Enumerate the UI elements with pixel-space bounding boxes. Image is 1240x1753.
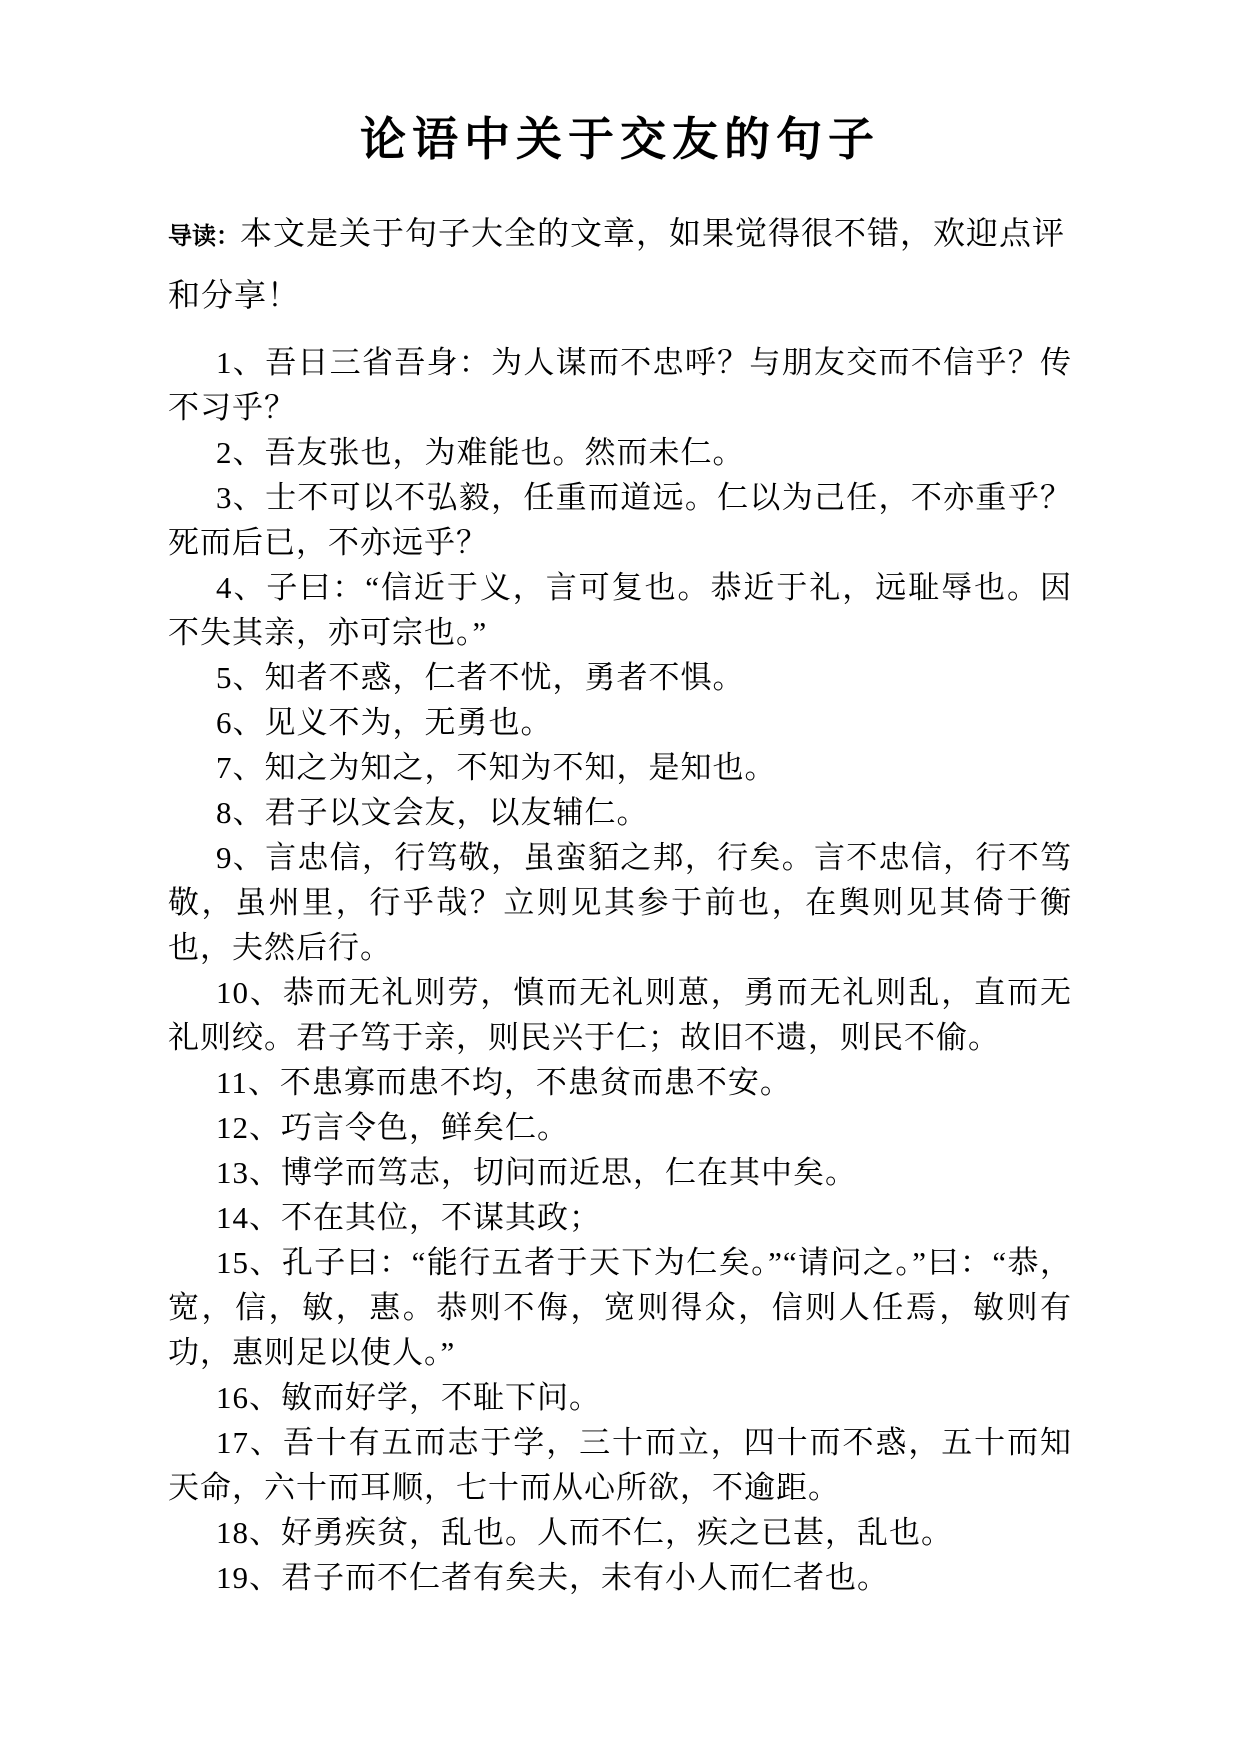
- list-item: 11、不患寡而患不均，不患贫而患不安。: [168, 1060, 1072, 1105]
- document-page: 论语中关于交友的句子 导读：本文是关于句子大全的文章，如果觉得很不错，欢迎点评和…: [0, 0, 1240, 1753]
- list-item: 6、见义不为，无勇也。: [168, 700, 1072, 745]
- list-item: 9、言忠信，行笃敬，虽蛮貊之邦，行矣。言不忠信，行不笃敬，虽州里，行乎哉？立则见…: [168, 835, 1072, 970]
- list-item: 4、子曰：“信近于义，言可复也。恭近于礼，远耻辱也。因不失其亲，亦可宗也。”: [168, 565, 1072, 655]
- list-item: 13、博学而笃志，切问而近思，仁在其中矣。: [168, 1150, 1072, 1195]
- list-item: 3、士不可以不弘毅，任重而道远。仁以为己任，不亦重乎？死而后已，不亦远乎？: [168, 475, 1072, 565]
- lead-paragraph: 导读：本文是关于句子大全的文章，如果觉得很不错，欢迎点评和分享！: [168, 204, 1072, 324]
- list-item: 1、吾日三省吾身：为人谋而不忠呼？与朋友交而不信乎？传不习乎？: [168, 340, 1072, 430]
- list-item: 18、好勇疾贫，乱也。人而不仁，疾之已甚，乱也。: [168, 1510, 1072, 1555]
- list-item: 17、吾十有五而志于学，三十而立，四十而不惑，五十而知天命，六十而耳顺，七十而从…: [168, 1420, 1072, 1510]
- list-item: 16、敏而好学，不耻下问。: [168, 1375, 1072, 1420]
- list-item: 7、知之为知之，不知为不知，是知也。: [168, 745, 1072, 790]
- list-item: 5、知者不惑，仁者不忧，勇者不惧。: [168, 655, 1072, 700]
- list-item: 14、不在其位，不谋其政；: [168, 1195, 1072, 1240]
- list-item: 19、君子而不仁者有矣夫，未有小人而仁者也。: [168, 1555, 1072, 1600]
- lead-text: 本文是关于句子大全的文章，如果觉得很不错，欢迎点评和分享！: [168, 215, 1065, 313]
- list-item: 15、孔子曰：“能行五者于天下为仁矣。”“请问之。”曰：“恭，宽，信，敏，惠。恭…: [168, 1240, 1072, 1375]
- list-item: 8、君子以文会友，以友辅仁。: [168, 790, 1072, 835]
- list-item: 12、巧言令色，鲜矣仁。: [168, 1105, 1072, 1150]
- list-item: 10、恭而无礼则劳，慎而无礼则葸，勇而无礼则乱，直而无礼则绞。君子笃于亲，则民兴…: [168, 970, 1072, 1060]
- lead-label: 导读：: [168, 224, 240, 250]
- page-title: 论语中关于交友的句子: [168, 112, 1072, 168]
- list-item: 2、吾友张也，为难能也。然而未仁。: [168, 430, 1072, 475]
